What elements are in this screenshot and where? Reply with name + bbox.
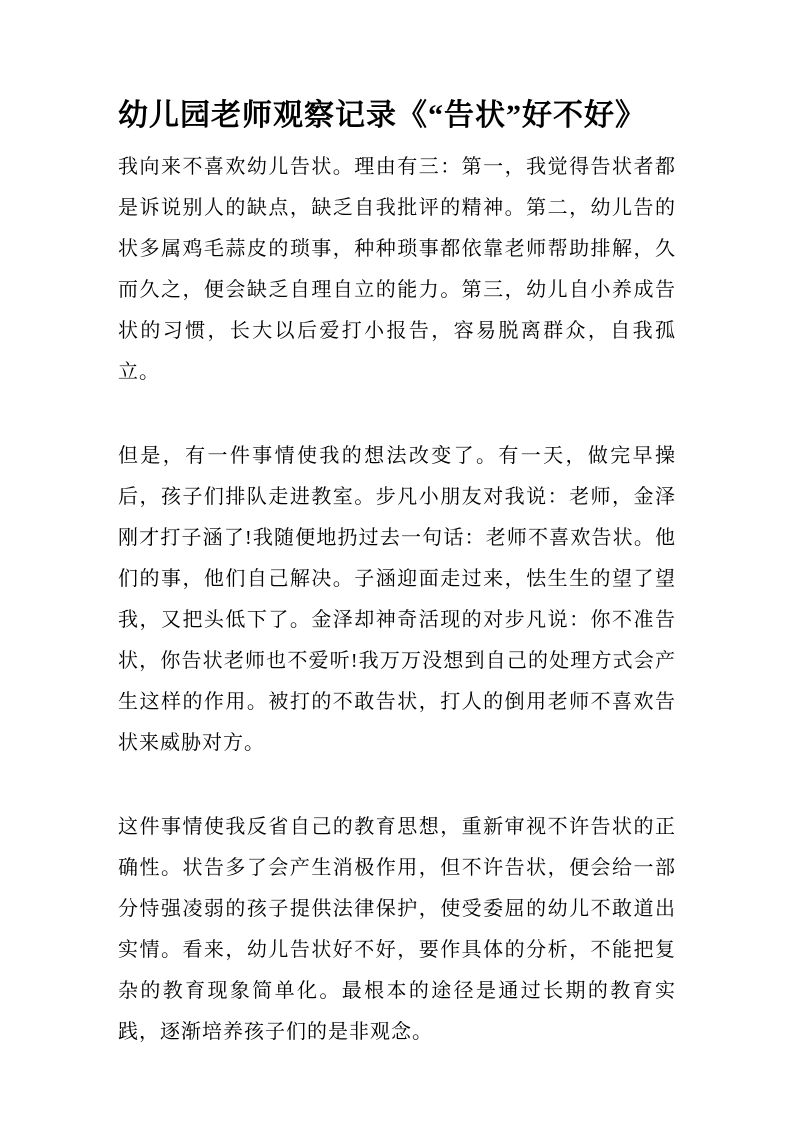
paragraph-2: 但是，有一件事情使我的想法改变了。有一天，做完早操后，孩子们排队走进教室。步凡小… [118,436,676,764]
document-title: 幼儿园老师观察记录《“告状”好不好》 [118,93,676,138]
paragraph-3: 这件事情使我反省自己的教育思想，重新审视不许告状的正确性。状告多了会产生消极作用… [118,807,676,1053]
paragraph-1: 我向来不喜欢幼儿告状。理由有三：第一，我觉得告状者都是诉说别人的缺点，缺乏自我批… [118,147,676,393]
document-page: 幼儿园老师观察记录《“告状”好不好》 我向来不喜欢幼儿告状。理由有三：第一，我觉… [0,0,793,1122]
document-body: 我向来不喜欢幼儿告状。理由有三：第一，我觉得告状者都是诉说别人的缺点，缺乏自我批… [118,147,676,1053]
